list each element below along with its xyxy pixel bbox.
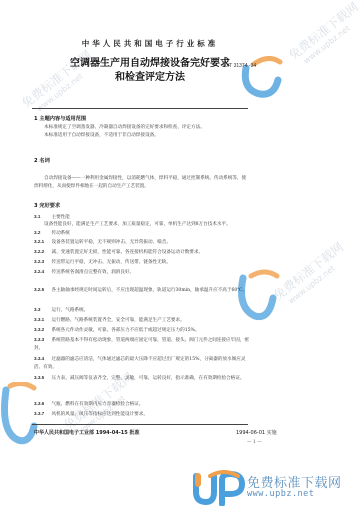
- up-logo-icon: [190, 470, 246, 506]
- clause: 3.2.1 设备各装置运转平稳，无不规则冲击、无异常振动、噪音。: [34, 238, 250, 247]
- watermark: 免费标准下载网 www.upbz.net: [270, 238, 352, 310]
- clause: 3.2.3 传送带运行平稳，无冲击、无振动，传送带、链条性无缺。: [34, 258, 250, 267]
- paragraph: 自动焊接设备——一种利用金属焊接性，以消耗燃气体，焊料平稳，通过控制系统、传动系…: [34, 175, 250, 190]
- paragraph: 本标准规定了空调蒸发器、冷凝器自动焊接设备的完好要求和检查、评定方法。: [34, 124, 250, 132]
- clause: 3.3.4 过滤器的滤芯应清洁，气体通过滤芯的最大压降不应超过出厂规定的15%，…: [34, 355, 250, 371]
- site-brand: 免费标准下载网 www.upbz.net: [190, 470, 360, 510]
- clause: 设备性能良好，能满足生产工艺要求，加工质量稳定，可靠，单机生产达到8万台技术水平…: [34, 221, 250, 229]
- clause: 3.3.1 运行燃路、气路系统装置齐全，安全可靠，能满足生产工艺要求。: [34, 316, 250, 325]
- footer-divider: [32, 424, 248, 425]
- section-heading: 2 名词: [34, 157, 50, 164]
- clause: 3.2.2 减、变速装置完好无损，性能可靠。各连接机构能符合设备运动计数要求。: [34, 248, 250, 257]
- approval-info: 中华人民共和国电子工业部 1994-04-15 批准: [34, 429, 139, 436]
- clause: 3.3 运行、气路系统。: [34, 306, 250, 315]
- clause: 3.2.4 传送系统各润滑点完整有效，润滑良好。: [34, 268, 250, 277]
- clause: 3.3.5 压力表、减压阀等仪表齐全，完整，灵敏，可靠，运转良好，指示准确，在有…: [34, 374, 250, 383]
- paragraph: 本标准适用于自动焊接设备，不适用于非自动焊接设备。: [34, 132, 250, 140]
- brand-url: www.upbz.net: [247, 489, 314, 499]
- clause: 3.2 传动系统: [34, 229, 250, 238]
- standard-code: SJ/T 31374 -94: [222, 63, 256, 69]
- document-title: 空调器生产用自动焊接设备完好要求 和检查评定方法: [0, 57, 300, 85]
- section-heading: 1 主题内容与适用范围: [34, 115, 86, 122]
- page-number: — 1 —: [247, 440, 262, 445]
- clause: 3.3.6 气瓶、燃料在有效期内压力容器检验合格证。: [34, 400, 250, 409]
- document-page: 免费标准下载网 www.upbz.net 免费标准下载网 www.upbz.ne…: [0, 0, 360, 510]
- section-heading: 3 完好要求: [34, 202, 60, 209]
- clause: 3.3.3 系统管路基本不得有松动现象，管道两端应固定可靠，管道、接头、阀门元件…: [34, 336, 250, 352]
- issuing-organization: 中华人民共和国电子行业标准: [0, 38, 300, 49]
- clause: 3.2.5 各主轴轴承经规定时间运转后，不应出现超温现象，轨道运行30min，轴…: [34, 286, 250, 295]
- clause: 3.3.2 系统各元件动作灵敏，可靠。各部压力不应低于或超过规定压力的15%。: [34, 326, 250, 335]
- effective-date: 1994-06-01 实施: [236, 429, 277, 436]
- title-line-2: 和检查评定方法: [0, 71, 300, 85]
- header-divider: [32, 108, 248, 109]
- clause: 3.3.7 风机的风量、风压等指标应达到性能设计要求。: [34, 410, 250, 419]
